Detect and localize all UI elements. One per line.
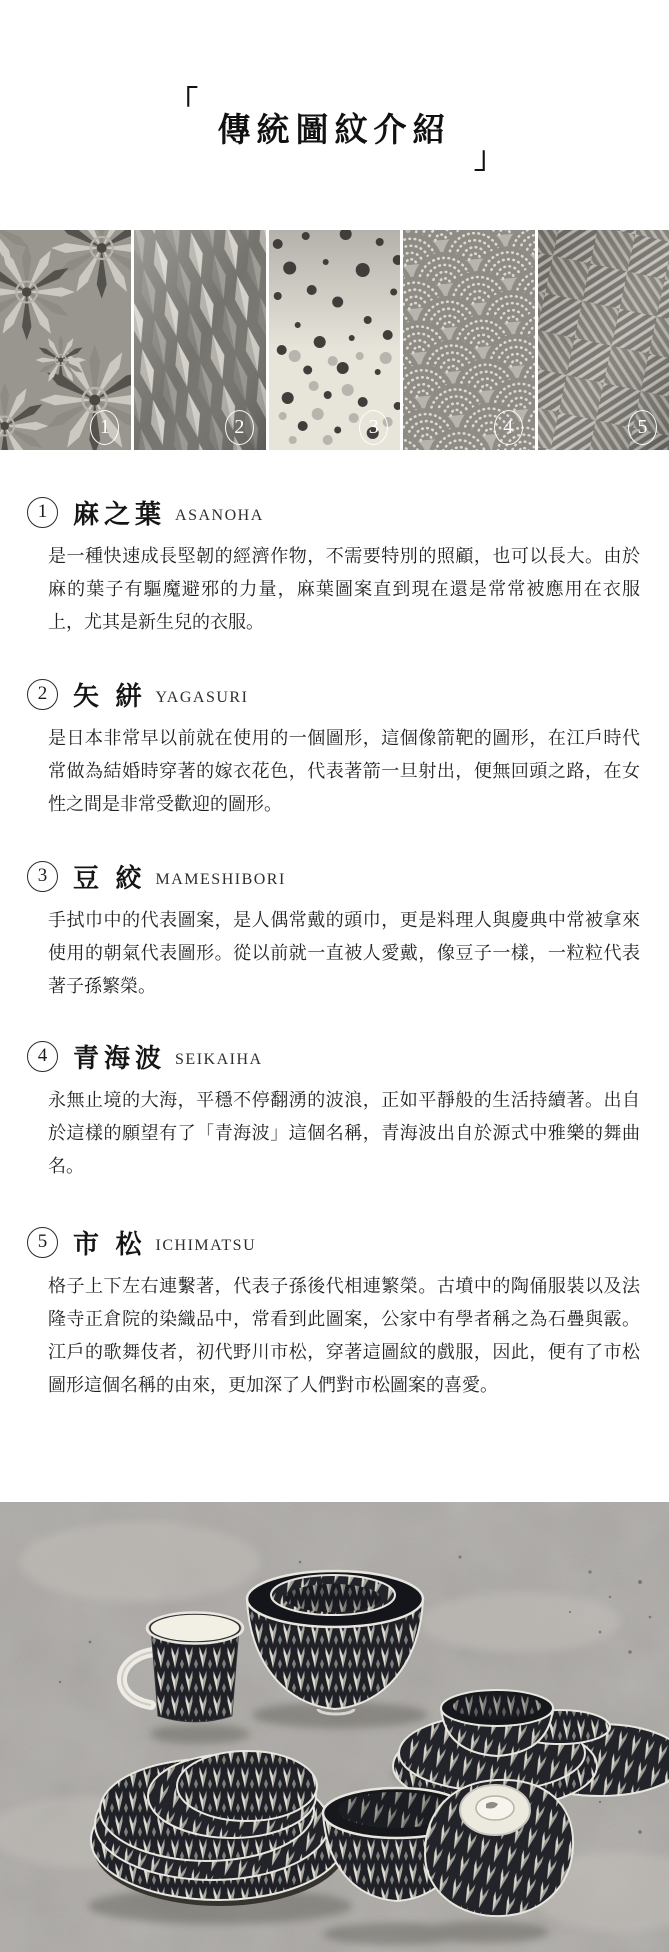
section-heading: 2 矢 絣 YAGASURI [27,678,248,710]
pattern-photo-asanoha: 1 [0,230,131,450]
title-bracket-close-icon: 」 [474,144,504,174]
section-heading: 1 麻之葉 ASANOHA [27,496,264,528]
page: 「 傳統圖紋介紹 」 [0,0,669,1952]
circled-number: 1 [27,497,58,528]
section-heading: 3 豆 絞 MAMESHIBORI [27,860,286,892]
pattern-photo-seikaiha: 4 [403,230,534,450]
pattern-description: 是日本非常早以前就在使用的一個圖形，這個像箭靶的圖形，在江戶時代常做為結婚時穿著… [48,722,640,821]
pattern-photo-yagasuri: 2 [134,230,265,450]
circled-number: 5 [27,1227,58,1258]
pattern-name: 矢 絣 [73,676,147,713]
pattern-romaji: YAGASURI [156,689,249,707]
pattern-photo-badge: 2 [225,410,254,445]
section-heading: 4 青海波 SEIKAIHA [27,1040,263,1072]
pattern-romaji: MAMESHIBORI [156,871,286,889]
circled-number: 3 [27,861,58,892]
left-plate-stack [91,1751,347,1906]
section-heading: 5 市 松 ICHIMATSU [27,1226,256,1258]
product-photo-yagasuri-tableware [0,1502,669,1952]
pattern-description: 手拭巾中的代表圖案，是人偶常戴的頭巾，更是料理人與慶典中常被拿來使用的朝氣代表圖… [48,904,640,1003]
tableware-photo-scene [0,1502,669,1952]
pattern-gallery: 1 [0,230,669,450]
pattern-romaji: ASANOHA [175,507,264,525]
pattern-name: 市 松 [73,1224,147,1261]
title-block: 「 傳統圖紋介紹 」 [0,86,669,176]
pattern-name: 豆 絞 [73,858,147,895]
pattern-romaji: ICHIMATSU [156,1237,257,1255]
pattern-name: 青海波 [73,1038,166,1075]
pattern-description: 格子上下左右連繫著，代表子孫後代相連繁榮。古墳中的陶俑服裝以及法隆寺正倉院的染織… [48,1270,640,1402]
pattern-photo-ichimatsu: 5 [538,230,669,450]
pattern-photo-badge: 5 [628,410,657,445]
pattern-name: 麻之葉 [73,494,166,531]
circled-number: 4 [27,1041,58,1072]
pattern-description: 永無止境的大海，平穩不停翻湧的波浪，正如平靜般的生活持續著。出自於這樣的願望有了… [48,1084,640,1183]
pattern-photo-mameshibori: 3 [269,230,400,450]
tipped-rice-bowl [425,1780,573,1916]
pattern-romaji: SEIKAIHA [175,1051,263,1069]
page-title: 傳統圖紋介紹 [0,104,669,151]
pattern-description: 是一種快速成長堅韌的經濟作物，不需要特別的照顧，也可以長大。由於麻的葉子有驅魔避… [48,540,640,639]
pattern-photo-badge: 4 [494,410,523,445]
circled-number: 2 [27,679,58,710]
